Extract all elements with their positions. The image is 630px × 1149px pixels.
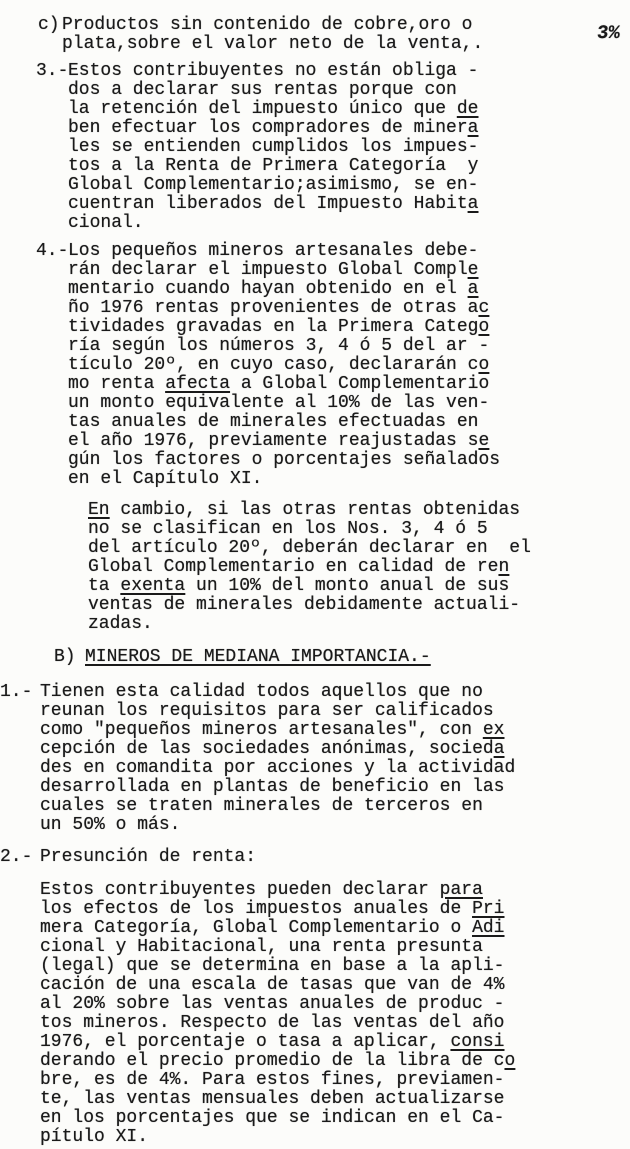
text-line: los efectos de los impuestos anuales de … [40,900,630,919]
text-line: como "pequeños mineros artesanales", con… [40,721,630,740]
text-line: cuentran liberados del Impuesto Habita [68,195,630,214]
text-line: 1976, el porcentaje o tasa a aplicar, co… [40,1033,630,1052]
text-line: cional y Habitacional, una renta presunt… [40,938,630,957]
text-line: del artículo 20º, deberán declarar en el [88,539,630,558]
text-line: cación de una escala de tasas que van de… [40,976,630,995]
list-item: 4.-Los pequeños mineros artesanales debe… [0,242,630,489]
text-line: Global Complementario;asimismo, se en- [68,176,630,195]
text-line: Presunción de renta: [40,848,630,867]
text-line: ben efectuar los compradores de minera [68,119,630,138]
scanned-document-page: c)Productos sin contenido de cobre,oro o… [0,0,630,1149]
text-line: reunan los requisitos para ser calificad… [40,702,630,721]
text-line: cepción de las sociedades anónimas, soci… [40,740,630,759]
text-line: un 50% o más. [40,816,630,835]
list-item: 2.-Presunción de renta: [0,848,630,867]
text-line: tas anuales de minerales efectuadas en [68,413,630,432]
text-line: rán declarar el impuesto Global Comple [68,261,630,280]
text-line: Tienen esta calidad todos aquellos que n… [40,683,630,702]
text-line: En cambio, si las otras rentas obtenidas [88,501,630,520]
text-line: ta exenta un 10% del monto anual de sus [88,577,630,596]
section-heading: MINEROS DE MEDIANA IMPORTANCIA.- [85,648,630,667]
margin-note-rate: 3% [596,24,621,43]
text-line: zadas. [88,615,630,634]
text-line: pítulo XI. [40,1128,630,1147]
text-line: un monto equivalente al 10% de las ven- [68,394,630,413]
text-line: bre, es de 4%. Para estos fines, previam… [40,1071,630,1090]
text-line: tos a la Renta de Primera Categoría y [68,157,630,176]
text-line: al 20% sobre las ventas anuales de produ… [40,995,630,1014]
text-line: des en comandita por acciones y la activ… [40,759,630,778]
text-line: Productos sin contenido de cobre,oro o [62,16,630,35]
text-line: derando el precio promedio de la libra d… [40,1052,630,1071]
text-line: gún los factores o porcentajes señalados [68,451,630,470]
text-line: les se entienden cumplidos los impues- [68,138,630,157]
item-marker: 4.- [36,242,68,261]
section-heading-block: B)MINEROS DE MEDIANA IMPORTANCIA.- [0,648,630,667]
list-item: 1.-Tienen esta calidad todos aquellos qu… [0,683,630,835]
document-body: c)Productos sin contenido de cobre,oro o… [0,0,630,1147]
text-line: en los porcentajes que se indican en el … [40,1109,630,1128]
text-line: te, las ventas mensuales deben actualiza… [40,1090,630,1109]
text-line: Estos contribuyentes no están obliga - [68,62,630,81]
text-line: cuales se traten minerales de terceros e… [40,797,630,816]
text-line: mera Categoría, Global Complementario o … [40,919,630,938]
text-line: (legal) que se determina en base a la ap… [40,957,630,976]
text-line: la retención del impuesto único que de [68,100,630,119]
text-line: mo renta afecta a Global Complementario [68,375,630,394]
item-marker: B) [54,648,76,667]
text-line: dos a declarar sus rentas porque con [68,81,630,100]
item-marker: 1.- [0,683,32,702]
text-line: Global Complementario en calidad de ren [88,558,630,577]
text-line: tividades gravadas en la Primera Catego [68,318,630,337]
item-marker: 2.- [0,848,32,867]
text-line: Los pequeños mineros artesanales debe- [68,242,630,261]
text-line: plata,sobre el valor neto de la venta,. [62,35,630,54]
item-marker: 3.- [36,62,68,81]
paragraph: Estos contribuyentes pueden declarar par… [0,881,630,1147]
text-line: Estos contribuyentes pueden declarar par… [40,881,630,900]
text-line: en el Capítulo XI. [68,470,630,489]
text-line: el año 1976, previamente reajustadas se [68,432,630,451]
text-line: tos mineros. Respecto de las ventas del … [40,1014,630,1033]
text-line: no se clasifican en los Nos. 3, 4 ó 5 [88,520,630,539]
list-item: 3.-Estos contribuyentes no están obliga … [0,62,630,233]
text-line: mentario cuando hayan obtenido en el a [68,280,630,299]
text-line: desarrollada en plantas de beneficio en … [40,778,630,797]
item-marker: c) [38,16,60,35]
text-line: ventas de minerales debidamente actuali- [88,596,630,615]
text-line: ría según los números 3, 4 ó 5 del ar - [68,337,630,356]
text-line: cional. [68,214,630,233]
text-line: ño 1976 rentas provenientes de otras ac [68,299,630,318]
list-item: c)Productos sin contenido de cobre,oro o… [0,16,630,54]
text-line: tículo 20º, en cuyo caso, declararán co [68,356,630,375]
paragraph: En cambio, si las otras rentas obtenidas… [0,501,630,634]
